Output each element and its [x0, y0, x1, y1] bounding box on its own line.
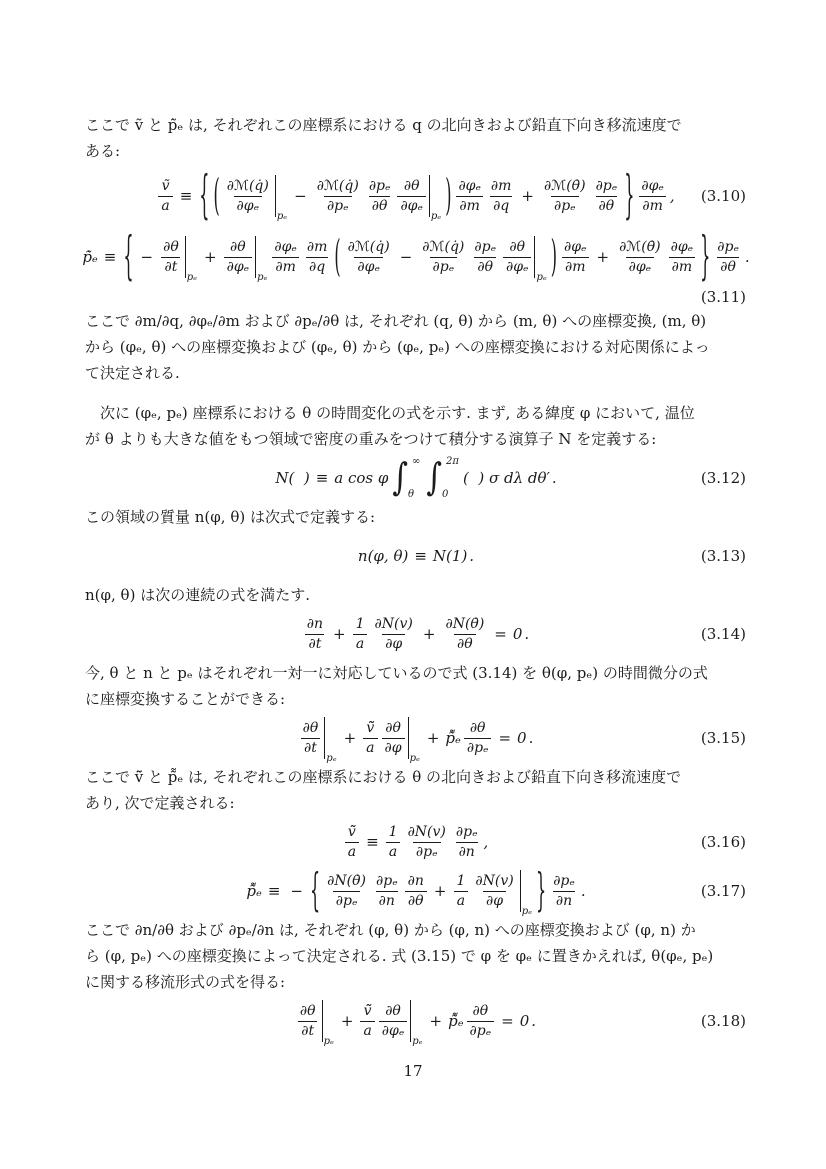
eval-bar: pₑ	[429, 175, 441, 217]
paragraph-line: から (φₑ, θ) への座標変換および (φₑ, θ) から (φₑ, pₑ)…	[85, 334, 746, 360]
math-operator: +	[333, 625, 346, 643]
math-fraction: ∂θ∂pₑ	[467, 1003, 495, 1040]
paragraph-line: が θ よりも大きな値をもつ領域で密度の重みをつけて積分する演算子 N を定義す…	[85, 426, 746, 452]
math-text: 0	[520, 1012, 530, 1030]
math-fraction: ∂ℳ(q̇)∂φₑ	[224, 178, 272, 215]
math-fraction: ∂φₑ∂m	[561, 239, 589, 276]
integral-sign: ∫	[392, 459, 408, 497]
math-numerator: ∂ℳ(q̇)	[419, 239, 467, 257]
math-fraction: 1a	[353, 616, 368, 653]
math-text: 0	[513, 625, 523, 643]
eval-bar: pₑ	[275, 175, 287, 217]
math-denominator: ∂φₑ	[503, 257, 531, 276]
math-denominator: a	[360, 1021, 374, 1040]
math-fraction: ∂N(v)∂pₑ	[405, 824, 449, 861]
math-operator: +	[430, 1012, 443, 1030]
eval-bar: pₑ	[534, 236, 546, 278]
paragraph-line: 次に (φₑ, pₑ) 座標系における θ の時間変化の式を示す. まず, ある…	[85, 400, 746, 426]
math-denominator: ∂φₑ	[224, 257, 252, 276]
equation-body: ṽa≡{(∂ℳ(q̇)∂φₑpₑ−∂ℳ(q̇)∂pₑ∂pₑ∂θ∂θ∂φₑpₑ)∂…	[156, 175, 674, 217]
math-fraction: ∂N(θ̇)∂θ	[442, 616, 487, 653]
math-delimiter: }	[536, 869, 546, 914]
math-operator: −	[290, 882, 303, 900]
math-denominator: ∂θ	[454, 634, 476, 653]
math-denominator: ∂φₑ	[626, 257, 654, 276]
integral-limits: 2π0	[443, 457, 459, 499]
math-numerator: ∂ℳ(q̇)	[314, 178, 362, 196]
paragraph: ここで ṽ と ṗ̃ₑ は, それぞれこの座標系における q の北向きおよび鉛…	[85, 112, 746, 164]
integral-upper-limit: ∞	[412, 456, 420, 467]
math-operator: +	[427, 729, 440, 747]
math-punctuation: .	[745, 248, 750, 266]
math-operator: ≡	[366, 833, 379, 851]
eval-bar-subscript: pₑ	[187, 273, 197, 283]
math-fraction: ∂n∂θ	[405, 873, 427, 910]
math-denominator: ∂pₑ	[324, 196, 352, 215]
paragraph: ここで ∂n/∂θ および ∂pₑ/∂n は, それぞれ (φ, θ) から (…	[85, 917, 746, 995]
math-fraction: ṽ̃a	[360, 1003, 374, 1040]
math-operator: +	[341, 1012, 354, 1030]
math-fraction: ∂θ∂t	[297, 1003, 319, 1040]
equation-number: (3.14)	[701, 625, 746, 643]
document-page: ここで ṽ と ṗ̃ₑ は, それぞれこの座標系における q の北向きおよび鉛…	[0, 0, 826, 1169]
math-fraction: ∂ℳ(θ̇)∂φₑ	[616, 239, 664, 276]
eval-bar-subscript: pₑ	[536, 273, 546, 283]
math-denominator: ∂n	[376, 891, 398, 910]
math-denominator: ∂q	[490, 196, 512, 215]
eval-bar-subscript: pₑ	[431, 212, 441, 222]
equation-3.10: ṽa≡{(∂ℳ(q̇)∂φₑpₑ−∂ℳ(q̇)∂pₑ∂pₑ∂θ∂θ∂φₑpₑ)∂…	[85, 167, 746, 225]
math-delimiter: {	[123, 231, 133, 282]
eval-bar-subscript: pₑ	[324, 1037, 334, 1047]
math-numerator: ∂pₑ	[366, 178, 394, 196]
math-operator: +	[521, 187, 534, 205]
math-fraction: ∂ℳ(q̇)∂φₑ	[345, 239, 393, 276]
math-denominator: ∂pₑ	[430, 257, 458, 276]
math-numerator: ṽ̃	[363, 720, 377, 738]
math-denominator: ∂φₑ	[234, 196, 262, 215]
paragraph: 次に (φₑ, pₑ) 座標系における θ の時間変化の式を示す. まず, ある…	[85, 400, 746, 452]
eval-bar-subscript: pₑ	[412, 1037, 422, 1047]
math-numerator: ∂θ	[401, 178, 423, 196]
math-operator: −	[141, 248, 154, 266]
math-fraction: ∂m∂q	[488, 178, 515, 215]
paragraph-line: ここで ∂m/∂q, ∂φₑ/∂m および ∂pₑ/∂θ は, それぞれ (q,…	[85, 308, 746, 334]
math-operator: +	[344, 729, 357, 747]
math-denominator: a	[353, 634, 367, 653]
math-numerator: ṽ̃	[345, 824, 359, 842]
math-fraction: ∂pₑ∂n	[453, 824, 481, 861]
math-numerator: 1	[386, 824, 401, 842]
equation-body: ∂n∂t+1a∂N(v)∂φ+∂N(θ̇)∂θ=0.	[302, 616, 529, 653]
equation-number: (3.11)	[701, 288, 746, 306]
math-numerator: ∂N(v)	[405, 824, 449, 842]
math-numerator: ∂θ	[382, 1003, 404, 1021]
math-numerator: ∂N(θ̇)	[324, 873, 369, 891]
math-text: ṗ̃ₑ	[82, 248, 97, 266]
equation-3.14: ∂n∂t+1a∂N(v)∂φ+∂N(θ̇)∂θ=0.(3.14)	[85, 611, 746, 657]
eval-bar-line	[408, 717, 409, 759]
math-text: 0	[517, 729, 527, 747]
math-numerator: 1	[353, 616, 368, 634]
math-denominator: ∂θ	[405, 891, 427, 910]
equation-body: ∂θ∂tpₑ+ṽ̃a∂θ∂φpₑ+ṗ̃̃ₑ∂θ∂pₑ=0.	[298, 717, 534, 759]
math-delimiter: )	[551, 235, 557, 278]
math-punctuation: .	[581, 882, 586, 900]
math-fraction: ∂θ∂φₑ	[503, 239, 531, 276]
math-denominator: ∂m	[456, 196, 483, 215]
equation-number: (3.12)	[701, 469, 746, 487]
math-denominator: ∂pₑ	[413, 842, 441, 861]
math-numerator: ∂θ	[467, 720, 489, 738]
math-denominator: ∂pₑ	[464, 738, 492, 757]
math-text: N(1)	[433, 547, 467, 565]
eval-bar: pₑ	[324, 717, 336, 759]
math-numerator: ∂φₑ	[638, 178, 666, 196]
paragraph-line: ここで ṽ と ṗ̃ₑ は, それぞれこの座標系における q の北向きおよび鉛…	[85, 112, 746, 138]
math-fraction: ṽ̃a	[345, 824, 359, 861]
math-fraction: ṽa	[158, 178, 172, 215]
math-denominator: ∂m	[669, 257, 696, 276]
math-numerator: ∂ℳ(θ̇)	[616, 239, 664, 257]
math-fraction: ∂ℳ(θ̇)∂pₑ	[541, 178, 589, 215]
equation-body: ṗ̃ₑ≡{−∂θ∂tpₑ+∂θ∂φₑpₑ∂φₑ∂m∂m∂q(∂ℳ(q̇)∂φₑ…	[81, 236, 749, 278]
math-fraction: ∂pₑ∂θ	[366, 178, 394, 215]
math-text: ( ) σ dλ dθ′	[463, 469, 550, 487]
eval-bar-subscript: pₑ	[257, 273, 267, 283]
eval-bar-line	[429, 175, 430, 217]
integral: ∫∞θ	[392, 457, 420, 499]
math-numerator: 1	[453, 873, 468, 891]
eval-bar: pₑ	[408, 717, 420, 759]
paragraph-line: あり, 次で定義される:	[85, 790, 746, 816]
math-denominator: ∂θ	[596, 196, 618, 215]
math-operator: ≡	[180, 187, 193, 205]
equation-number: (3.17)	[701, 882, 746, 900]
math-denominator: ∂m	[639, 196, 666, 215]
math-denominator: a	[345, 842, 359, 861]
paragraph: この領域の質量 n(φ, θ) は次式で定義する:	[85, 504, 746, 530]
eval-bar: pₑ	[185, 236, 197, 278]
math-denominator: a	[158, 196, 172, 215]
math-fraction: ṽ̃a	[363, 720, 377, 757]
math-numerator: ∂m	[488, 178, 515, 196]
paragraph: n(φ, θ) は次の連続の式を満たす.	[85, 582, 746, 608]
math-denominator: ∂t	[301, 738, 320, 757]
math-text: n(φ, θ)	[358, 547, 408, 565]
paragraph-line: この領域の質量 n(φ, θ) は次式で定義する:	[85, 504, 746, 530]
equation-3.15: ∂θ∂tpₑ+ṽ̃a∂θ∂φpₑ+ṗ̃̃ₑ∂θ∂pₑ=0.(3.15)	[85, 715, 746, 761]
math-denominator: ∂φₑ	[354, 257, 382, 276]
math-numerator: ∂n	[405, 873, 427, 891]
math-denominator: ∂pₑ	[551, 196, 579, 215]
paragraph-line: に座標変換することができる:	[85, 686, 746, 712]
math-operator: −	[294, 187, 307, 205]
math-punctuation: .	[529, 729, 534, 747]
math-numerator: ∂ℳ(q̇)	[345, 239, 393, 257]
math-punctuation: ,	[484, 833, 489, 851]
eval-bar-line	[410, 1000, 411, 1042]
math-fraction: ∂φₑ∂m	[668, 239, 696, 276]
eval-bar-subscript: pₑ	[277, 212, 287, 222]
math-fraction: ∂pₑ∂θ	[714, 239, 742, 276]
math-operator: +	[596, 248, 609, 266]
math-denominator: a	[454, 891, 468, 910]
math-numerator: ∂pₑ	[550, 873, 578, 891]
math-denominator: ∂pₑ	[467, 1021, 495, 1040]
math-text: N( )	[275, 469, 309, 487]
math-numerator: ∂pₑ	[593, 178, 621, 196]
eval-bar: pₑ	[520, 870, 532, 912]
math-text: ṗ̃̃ₑ	[445, 729, 460, 747]
math-punctuation: ,	[670, 187, 675, 205]
math-numerator: ∂ℳ(q̇)	[224, 178, 272, 196]
math-delimiter: }	[624, 170, 634, 221]
paragraph-line: 今, θ と n と pₑ はそれぞれ一対一に対応しているので式 (3.14) …	[85, 660, 746, 686]
paragraph-line: ここで ṽ̃ と ṗ̃̃ₑ は, それぞれこの座標系における θ の北向きおよ…	[85, 764, 746, 790]
math-text: a cos φ	[334, 469, 388, 487]
paragraph: ここで ṽ̃ と ṗ̃̃ₑ は, それぞれこの座標系における θ の北向きおよ…	[85, 764, 746, 816]
math-fraction: ∂N(θ̇)∂pₑ	[324, 873, 369, 910]
math-numerator: ṽ̃	[361, 1003, 375, 1021]
math-denominator: ∂φₑ	[379, 1021, 407, 1040]
math-fraction: ∂ℳ(q̇)∂pₑ	[419, 239, 467, 276]
math-delimiter: {	[310, 869, 320, 914]
math-operator: =	[501, 1012, 514, 1030]
paragraph-line: ここで ∂n/∂θ および ∂pₑ/∂n は, それぞれ (φ, θ) から (…	[85, 917, 746, 943]
eval-bar: pₑ	[255, 236, 267, 278]
math-denominator: ∂θ	[369, 196, 391, 215]
equation-3.12: N( )≡a cos φ∫∞θ∫2π0( ) σ dλ dθ′.(3.12)	[85, 455, 746, 501]
math-fraction: ∂ℳ(q̇)∂pₑ	[314, 178, 362, 215]
math-fraction: ∂θ∂φₑ	[379, 1003, 407, 1040]
math-delimiter: {	[199, 170, 209, 221]
math-punctuation: .	[531, 1012, 536, 1030]
math-operator: +	[434, 882, 447, 900]
math-numerator: ∂pₑ	[714, 239, 742, 257]
math-delimiter: }	[700, 231, 710, 282]
math-denominator: ∂m	[562, 257, 589, 276]
equation-3.13: n(φ, θ)≡N(1).(3.13)	[85, 533, 746, 579]
math-fraction: ∂φₑ∂m	[638, 178, 666, 215]
math-fraction: ∂φₑ∂m	[455, 178, 483, 215]
math-fraction: ∂θ∂φₑ	[224, 239, 252, 276]
math-fraction: 1a	[386, 824, 401, 861]
integral-upper-limit: 2π	[446, 456, 459, 467]
integral-lower-limit: θ	[408, 489, 420, 500]
math-fraction: ∂φₑ∂m	[271, 239, 299, 276]
math-operator: =	[494, 625, 507, 643]
math-numerator: ∂θ	[160, 239, 182, 257]
equation-body: ṗ̃̃ₑ≡−{∂N(θ̇)∂pₑ∂pₑ∂n∂n∂θ+1a∂N(v)∂φpₑ}∂…	[245, 870, 585, 912]
math-operator: ≡	[316, 469, 329, 487]
math-denominator: ∂φₑ	[397, 196, 425, 215]
math-operator: +	[423, 625, 436, 643]
math-operator: ≡	[104, 248, 117, 266]
math-fraction: ∂pₑ∂n	[550, 873, 578, 910]
equation-3.18: ∂θ∂tpₑ+ṽ̃a∂θ∂φₑpₑ+ṗ̃̃ₑ∂θ∂pₑ=0.(3.18)	[85, 998, 746, 1044]
equation-body: N( )≡a cos φ∫∞θ∫2π0( ) σ dλ dθ′.	[274, 457, 556, 499]
equation-body: ∂θ∂tpₑ+ṽ̃a∂θ∂φₑpₑ+ṗ̃̃ₑ∂θ∂pₑ=0.	[295, 1000, 536, 1042]
math-numerator: ∂n	[304, 616, 326, 634]
math-numerator: ∂ℳ(θ̇)	[541, 178, 589, 196]
eval-bar-subscript: pₑ	[522, 907, 532, 917]
integral: ∫2π0	[426, 457, 459, 499]
eval-bar-line	[275, 175, 276, 217]
math-numerator: ∂pₑ	[453, 824, 481, 842]
math-numerator: ṽ	[159, 178, 173, 196]
math-denominator: a	[363, 738, 377, 757]
eval-bar-line	[255, 236, 256, 278]
eval-bar: pₑ	[410, 1000, 422, 1042]
integral-sign: ∫	[426, 459, 442, 497]
math-fraction: ∂θ∂φₑ	[397, 178, 425, 215]
equation-3.16: ṽ̃a≡1a∂N(v)∂pₑ∂pₑ∂n,(3.16)	[85, 819, 746, 865]
math-text: ṗ̃̃ₑ	[246, 882, 261, 900]
math-fraction: 1a	[453, 873, 468, 910]
math-numerator: ∂φₑ	[668, 239, 696, 257]
math-numerator: ∂φₑ	[455, 178, 483, 196]
math-punctuation: .	[524, 625, 529, 643]
math-numerator: ∂pₑ	[471, 239, 499, 257]
math-numerator: ∂φₑ	[271, 239, 299, 257]
math-numerator: ∂m	[304, 239, 331, 257]
eval-bar-line	[534, 236, 535, 278]
math-denominator: ∂φ	[483, 891, 506, 910]
math-punctuation: .	[552, 469, 557, 487]
eval-bar-line	[322, 1000, 323, 1042]
paragraph-line: に関する移流形式の式を得る:	[85, 969, 746, 995]
math-numerator: ∂φₑ	[561, 239, 589, 257]
math-denominator: ∂θ	[717, 257, 739, 276]
equation-number: (3.18)	[701, 1012, 746, 1030]
equation-3.17: ṗ̃̃ₑ≡−{∂N(θ̇)∂pₑ∂pₑ∂n∂n∂θ+1a∂N(v)∂φpₑ}∂…	[85, 868, 746, 914]
eval-bar-line	[185, 236, 186, 278]
math-denominator: ∂t	[305, 634, 324, 653]
math-denominator: ∂m	[272, 257, 299, 276]
page-number: 17	[0, 1062, 826, 1080]
math-delimiter: (	[334, 235, 340, 278]
math-operator: +	[204, 248, 217, 266]
math-fraction: ∂θ∂pₑ	[464, 720, 492, 757]
math-operator: ≡	[414, 547, 427, 565]
math-numerator: ∂θ	[470, 1003, 492, 1021]
math-delimiter: (	[213, 174, 219, 217]
math-numerator: ∂θ	[297, 1003, 319, 1021]
math-operator: ≡	[268, 882, 281, 900]
math-numerator: ∂N(v)	[472, 873, 516, 891]
math-denominator: ∂φ	[382, 738, 405, 757]
math-operator: =	[498, 729, 511, 747]
math-denominator: ∂q	[306, 257, 328, 276]
math-denominator: ∂n	[456, 842, 478, 861]
integral-lower-limit: 0	[442, 489, 459, 500]
paragraph-line: ある:	[85, 138, 746, 164]
math-denominator: ∂pₑ	[333, 891, 361, 910]
math-denominator: ∂φ	[382, 634, 405, 653]
page-content: ここで ṽ と ṗ̃ₑ は, それぞれこの座標系における q の北向きおよび鉛…	[85, 112, 746, 1047]
math-fraction: ∂pₑ∂n	[373, 873, 401, 910]
math-numerator: ∂N(v)	[372, 616, 416, 634]
math-numerator: ∂θ	[382, 720, 404, 738]
paragraph: ここで ∂m/∂q, ∂φₑ/∂m および ∂pₑ/∂θ は, それぞれ (q,…	[85, 308, 746, 386]
math-denominator: ∂θ	[474, 257, 496, 276]
equation-3.11: ṗ̃ₑ≡{−∂θ∂tpₑ+∂θ∂φₑpₑ∂φₑ∂m∂m∂q(∂ℳ(q̇)∂φₑ…	[85, 228, 746, 286]
eval-bar-subscript: pₑ	[326, 754, 336, 764]
math-denominator: ∂t	[298, 1021, 317, 1040]
equation-number: (3.10)	[701, 187, 746, 205]
paragraph-line: て決定される.	[85, 360, 746, 386]
math-numerator: ∂θ	[300, 720, 322, 738]
equation-number: (3.15)	[701, 729, 746, 747]
eval-bar-line	[324, 717, 325, 759]
math-fraction: ∂N(v)∂φ	[372, 616, 416, 653]
math-fraction: ∂m∂q	[304, 239, 331, 276]
paragraph: 今, θ と n と pₑ はそれぞれ一対一に対応しているので式 (3.14) …	[85, 660, 746, 712]
math-fraction: ∂θ∂t	[300, 720, 322, 757]
math-denominator: ∂n	[553, 891, 575, 910]
math-denominator: a	[386, 842, 400, 861]
math-fraction: ∂θ∂t	[160, 239, 182, 276]
math-delimiter: )	[445, 174, 451, 217]
math-numerator: ∂θ	[227, 239, 249, 257]
math-punctuation: .	[469, 547, 474, 565]
equation-body: n(φ, θ)≡N(1).	[357, 547, 474, 565]
math-fraction: ∂pₑ∂θ	[593, 178, 621, 215]
paragraph-line: n(φ, θ) は次の連続の式を満たす.	[85, 582, 746, 608]
eval-bar-line	[520, 870, 521, 912]
integral-limits: ∞θ	[409, 457, 420, 499]
math-numerator: ∂N(θ̇)	[442, 616, 487, 634]
paragraph-line: ら (φ, pₑ) への座標変換によって決定される. 式 (3.15) で φ …	[85, 943, 746, 969]
math-denominator: ∂t	[161, 257, 180, 276]
math-fraction: ∂N(v)∂φ	[472, 873, 516, 910]
eval-bar-subscript: pₑ	[410, 754, 420, 764]
equation-body: ṽ̃a≡1a∂N(v)∂pₑ∂pₑ∂n,	[343, 824, 489, 861]
equation-number: (3.16)	[701, 833, 746, 851]
eval-bar: pₑ	[322, 1000, 334, 1042]
math-operator: −	[400, 248, 413, 266]
equation-number: (3.13)	[701, 547, 746, 565]
math-text: ṗ̃̃ₑ	[448, 1012, 463, 1030]
math-fraction: ∂n∂t	[304, 616, 326, 653]
math-numerator: ∂pₑ	[373, 873, 401, 891]
math-fraction: ∂pₑ∂θ	[471, 239, 499, 276]
math-fraction: ∂θ∂φ	[382, 720, 405, 757]
math-numerator: ∂θ	[506, 239, 528, 257]
